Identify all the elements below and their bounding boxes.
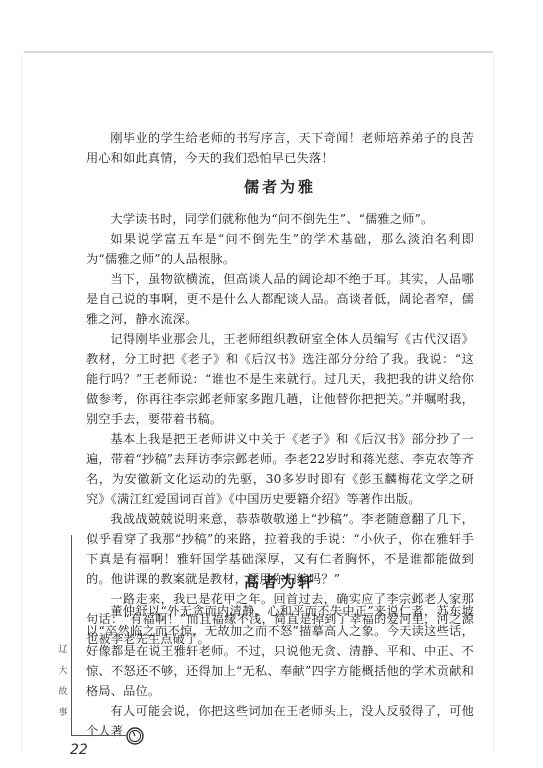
section-heading-ruzhe-weiya: 儒者为雅: [86, 176, 474, 197]
side-label-char: 事: [57, 703, 69, 724]
intro-section: 刚毕业的学生给老师的书写序言，天下奇闻！老师培养弟子的良苦用心和如此真情，今天的…: [86, 128, 474, 168]
paragraph: 如果说学富五车是“问不倒先生”的学术基础，那么淡泊名利即为“儒雅之师”的人品根脉…: [86, 229, 474, 269]
paragraph: 有人可能会说，你把这些词加在王老师头上，没人反驳得了，可他个人著: [86, 701, 474, 741]
margin-horizontal-rule: [71, 735, 126, 736]
paragraph: 记得刚毕业那会儿，王老师组织教研室全体人员编写《古代汉语》教材，分工时把《老子》…: [86, 329, 474, 429]
side-label-char: 大: [57, 661, 69, 682]
paragraph: 大学读书时，同学们就称他为“问不倒先生”、“儒雅之师”。: [86, 209, 474, 229]
side-label-char: 辽: [57, 640, 69, 661]
clock-ornament-icon: [126, 727, 144, 745]
side-label-char: 故: [57, 682, 69, 703]
top-page-rule: [24, 51, 493, 53]
running-side-label: 辽 大 故 事: [57, 640, 69, 724]
page-left-edge: [21, 53, 22, 753]
paragraph: 当下，虽物欲横流，但高谈人品的阔论却不绝于耳。其实，人品哪是自己说的事啊，更不是…: [86, 269, 474, 329]
page-number: 22: [70, 742, 88, 758]
section-heading-gaozhe-weixuan: 高者为轩: [86, 571, 474, 592]
section-gaozhe-weixuan: 董仲舒以“外无贪而内清静，心和平而不失中正”来说仁者，苏东坡以“卒然临之而不惊，…: [86, 601, 474, 741]
page-right-edge: [493, 53, 494, 753]
paragraph: 基本上我是把王老师讲义中关于《老子》和《后汉书》部分抄了一遍，带着“抄稿”去拜访…: [86, 429, 474, 509]
intro-paragraph: 刚毕业的学生给老师的书写序言，天下奇闻！老师培养弟子的良苦用心和如此真情，今天的…: [86, 128, 474, 168]
margin-vertical-rule: [71, 535, 72, 735]
paragraph: 董仲舒以“外无贪而内清静，心和平而不失中正”来说仁者，苏东坡以“卒然临之而不惊，…: [86, 601, 474, 701]
